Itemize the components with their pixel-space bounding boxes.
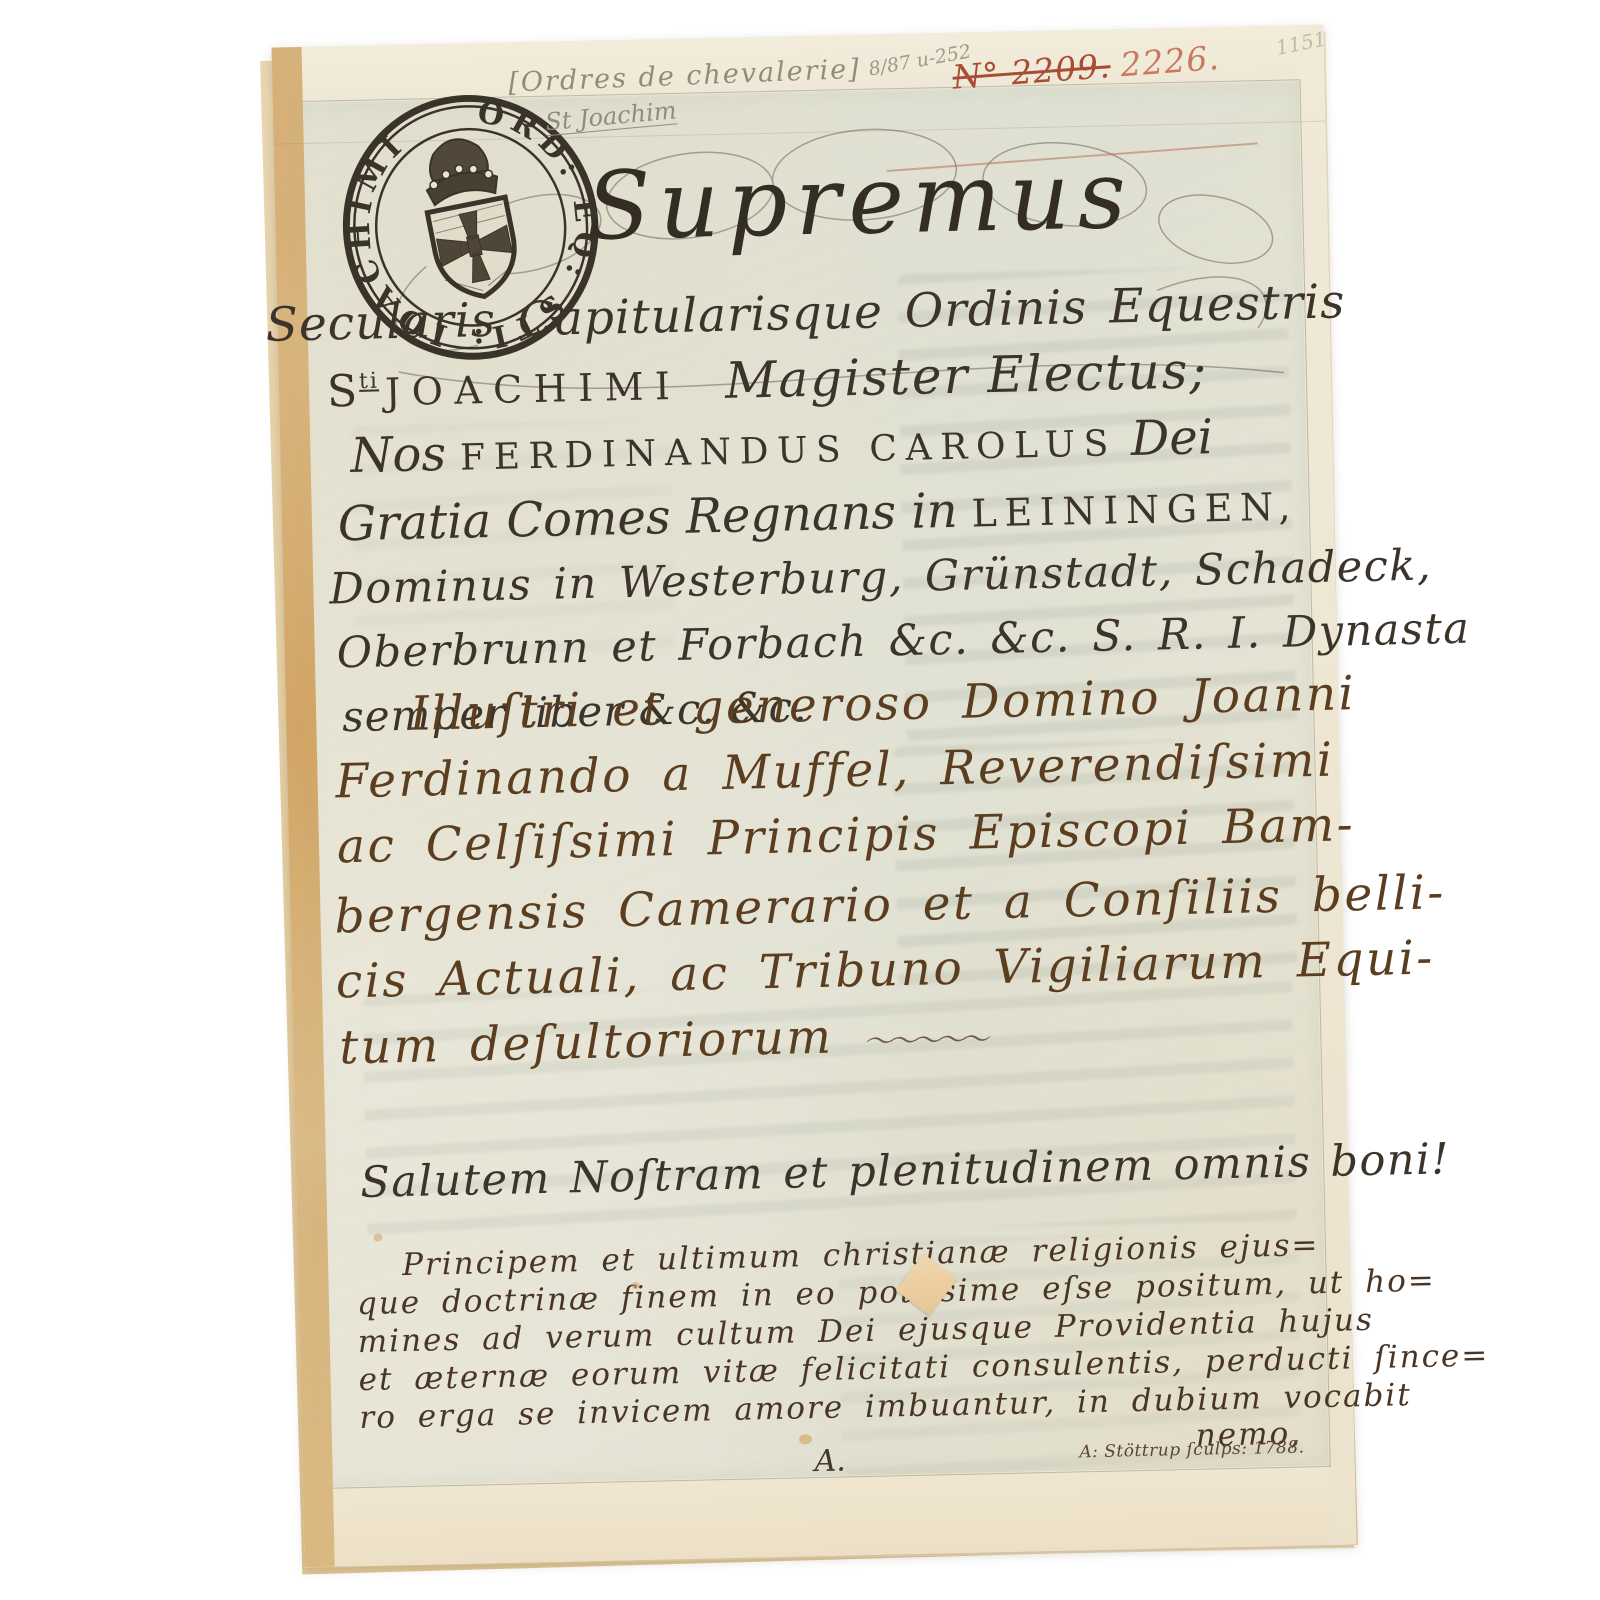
signature-mark: A. [814,1443,846,1479]
dei-script: Dei [1130,409,1213,467]
joachimi-caps: JOACHIMI [385,364,682,414]
line-filler-flourish: ～～～～～ [863,1022,984,1060]
photo-background: { "colors": { "parchment": "#e9e6d8", "e… [0,0,1600,1600]
address-line-6-text: tum deſultoriorum [339,1010,834,1076]
leiningen-caps: LEININGEN, [971,484,1298,535]
abbrev-sup: ti [359,369,379,394]
magister-electus: Magister Electus; [725,341,1209,410]
crown-glyph [418,133,500,206]
inventory-number-current: 2226. [1119,38,1221,84]
engraved-title: Supremus [585,141,1135,262]
abbrev-s: S [327,366,360,418]
shield-cross-glyph [427,197,523,304]
nos-script: Nos [350,426,447,484]
document-page: ORD: EQ: STI: IOACHIMI [Ordres de cheval… [272,25,1357,1568]
